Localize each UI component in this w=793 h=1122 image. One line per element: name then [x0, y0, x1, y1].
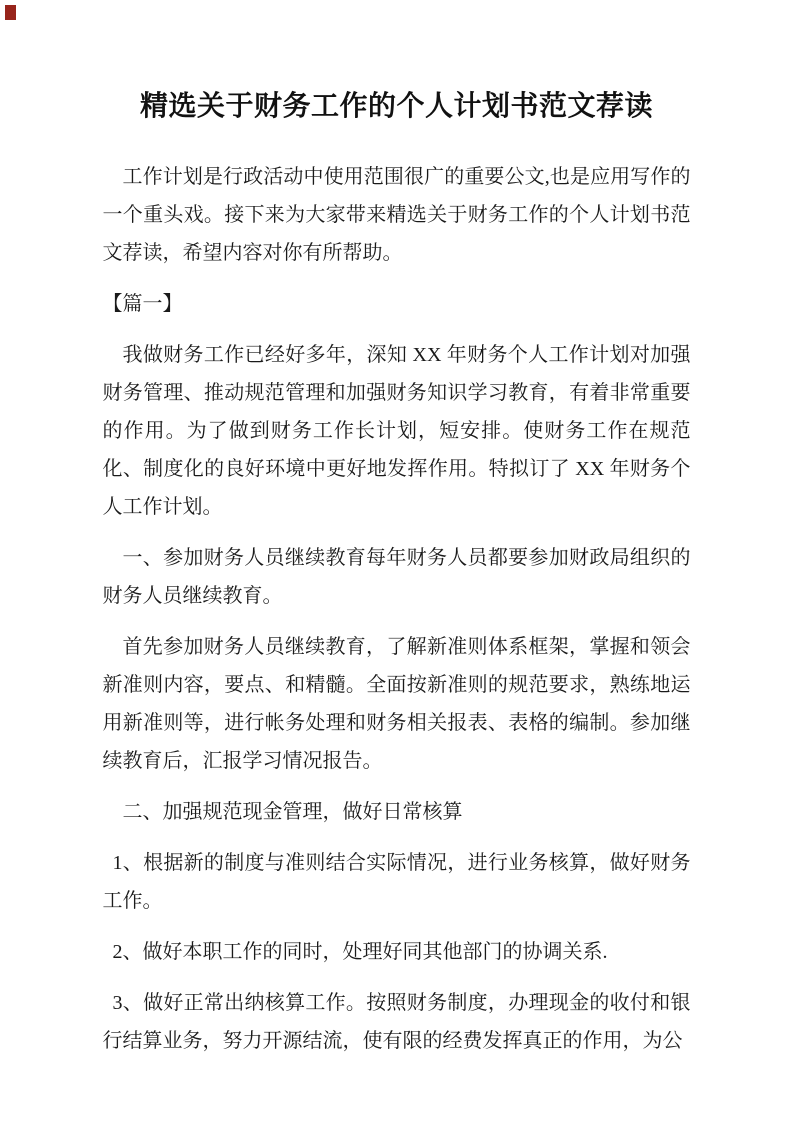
intro-paragraph: 工作计划是行政活动中使用范围很广的重要公文,也是应用写作的一个重头戏。接下来为大… — [103, 158, 691, 272]
item-one-paragraph: 一、参加财务人员继续教育每年财务人员都要参加财政局组织的财务人员继续教育。 — [103, 539, 691, 615]
item-one-detail-paragraph: 首先参加财务人员继续教育，了解新准则体系框架，掌握和领会新准则内容，要点、和精髓… — [103, 628, 691, 780]
red-square-mark — [5, 5, 16, 20]
sub-item-1-paragraph: 1、根据新的制度与准则结合实际情况，进行业务核算，做好财务工作。 — [103, 844, 691, 920]
sub-item-3-paragraph: 3、做好正常出纳核算工作。按照财务制度，办理现金的收付和银行结算业务，努力开源结… — [103, 984, 691, 1060]
document-content: 精选关于财务工作的个人计划书范文荐读 工作计划是行政活动中使用范围很广的重要公文… — [103, 86, 691, 1060]
document-page: 精选关于财务工作的个人计划书范文荐读 工作计划是行政活动中使用范围很广的重要公文… — [0, 0, 793, 1122]
sub-item-2-paragraph: 2、做好本职工作的同时，处理好同其他部门的协调关系. — [103, 933, 691, 971]
section-opening-paragraph: 我做财务工作已经好多年，深知 XX 年财务个人工作计划对加强财务管理、推动规范管… — [103, 336, 691, 526]
document-title: 精选关于财务工作的个人计划书范文荐读 — [103, 86, 691, 128]
section-header: 【篇一】 — [103, 285, 691, 323]
item-two-paragraph: 二、加强规范现金管理，做好日常核算 — [103, 793, 691, 831]
